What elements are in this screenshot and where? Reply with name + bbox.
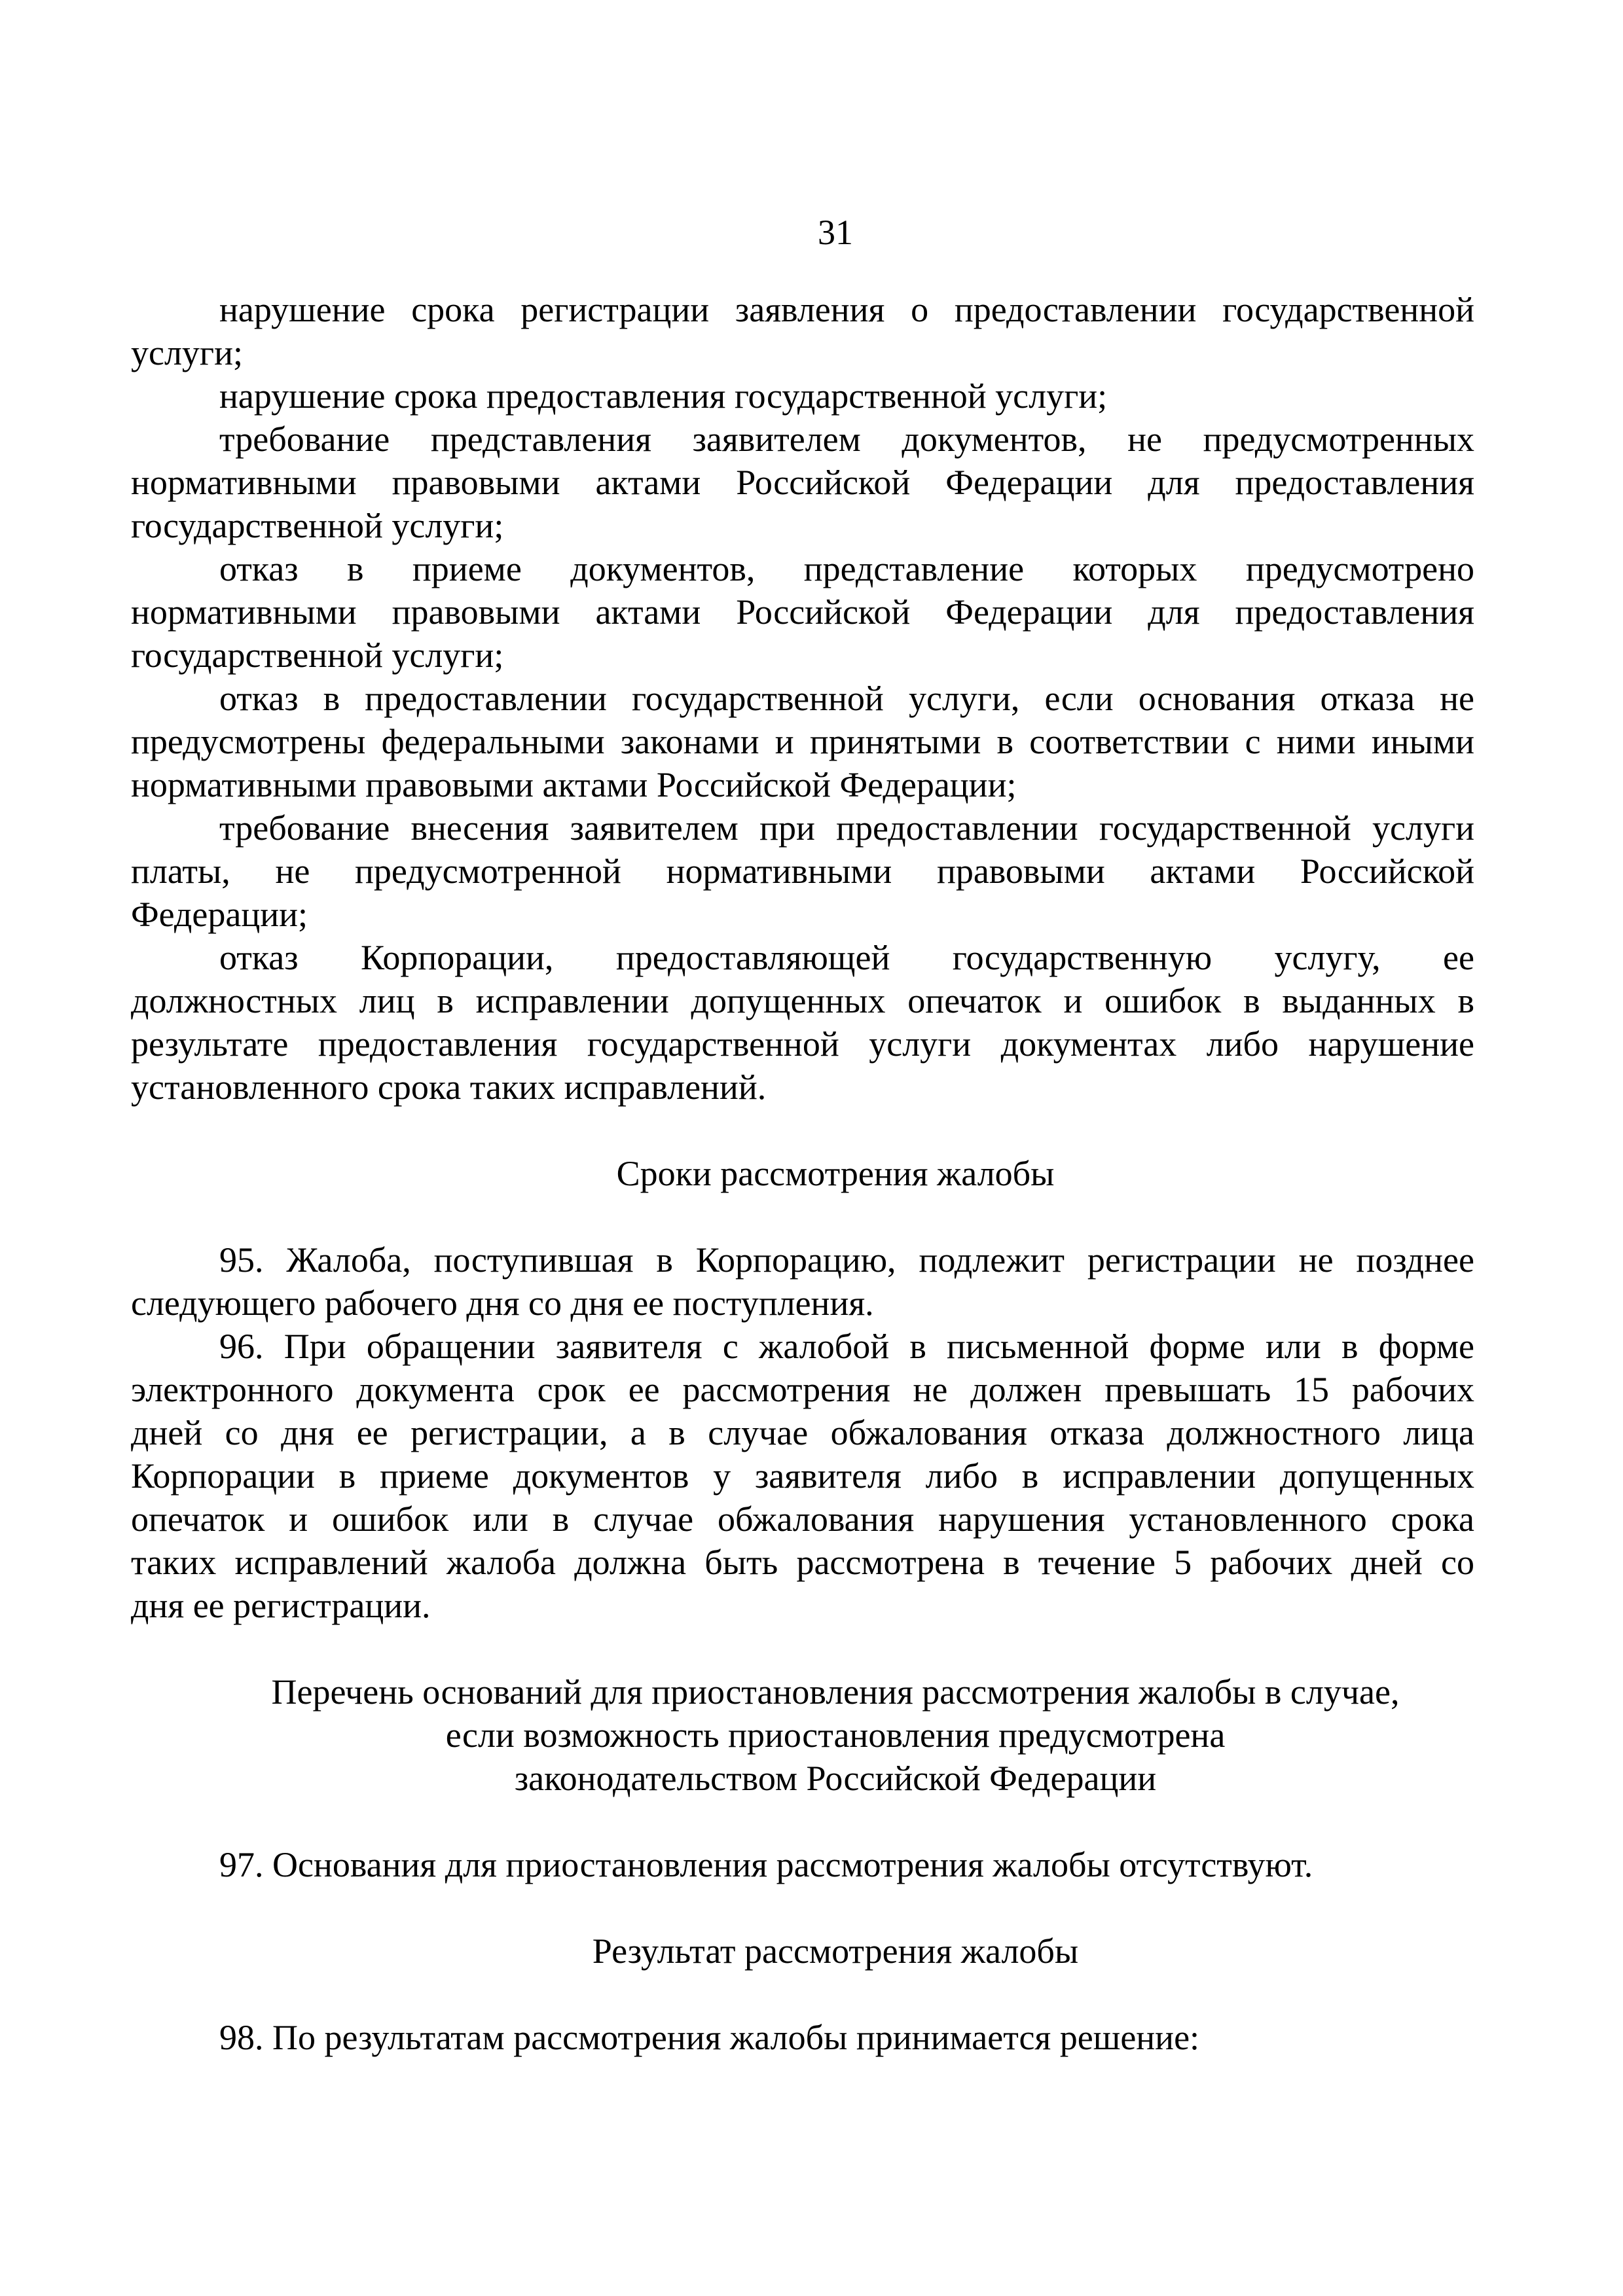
text-line: нормативными правовыми актами Российской… — [131, 590, 1474, 634]
text-line: требование представления заявителем доку… — [131, 418, 1474, 461]
text-line: электронного документа срок ее рассмотре… — [131, 1368, 1474, 1411]
page-number: 31 — [131, 211, 1474, 254]
text-line: услуги; — [131, 331, 1474, 374]
text-line: 96. При обращении заявителя с жалобой в … — [131, 1325, 1474, 1368]
document-page: 31 нарушение срока регистрации заявления… — [0, 0, 1623, 2296]
paragraph: нарушение срока предоставления государст… — [131, 374, 1474, 418]
text-line: результате предоставления государственно… — [131, 1022, 1474, 1066]
paragraph: отказ в предоставлении государственной у… — [131, 677, 1474, 806]
text-line: Корпорации в приеме документов у заявите… — [131, 1454, 1474, 1498]
text-line: дня ее регистрации. — [131, 1584, 1474, 1627]
paragraph: 98. По результатам рассмотрения жалобы п… — [131, 2016, 1474, 2059]
text-line: нарушение срока предоставления государст… — [131, 374, 1474, 418]
section-heading: Перечень оснований для приостановления р… — [131, 1670, 1474, 1800]
text-line: государственной услуги; — [131, 504, 1474, 547]
text-line: Федерации; — [131, 893, 1474, 936]
text-line: таких исправлений жалоба должна быть рас… — [131, 1541, 1474, 1584]
text-column: 31 нарушение срока регистрации заявления… — [131, 0, 1474, 2059]
section-heading-line: законодательством Российской Федерации — [196, 1757, 1474, 1800]
paragraph: 96. При обращении заявителя с жалобой в … — [131, 1325, 1474, 1627]
text-line: нарушение срока регистрации заявления о … — [131, 288, 1474, 331]
paragraph: требование представления заявителем доку… — [131, 418, 1474, 547]
text-line: отказ в предоставлении государственной у… — [131, 677, 1474, 720]
text-line: нормативными правовыми актами Российской… — [131, 461, 1474, 504]
section-heading-line: Перечень оснований для приостановления р… — [196, 1670, 1474, 1713]
paragraph: отказ в приеме документов, представление… — [131, 547, 1474, 677]
text-line: установленного срока таких исправлений. — [131, 1066, 1474, 1109]
document-body: нарушение срока регистрации заявления о … — [131, 288, 1474, 2059]
text-line: государственной услуги; — [131, 634, 1474, 677]
text-line: 98. По результатам рассмотрения жалобы п… — [131, 2016, 1474, 2059]
text-line: 95. Жалоба, поступившая в Корпорацию, по… — [131, 1238, 1474, 1282]
section-heading: Сроки рассмотрения жалобы — [131, 1152, 1474, 1195]
text-line: должностных лиц в исправлении допущенных… — [131, 979, 1474, 1022]
section-heading: Результат рассмотрения жалобы — [131, 1929, 1474, 1973]
section-heading-line: если возможность приостановления предусм… — [196, 1713, 1474, 1757]
text-line: следующего рабочего дня со дня ее поступ… — [131, 1282, 1474, 1325]
paragraph: требование внесения заявителем при предо… — [131, 806, 1474, 936]
text-line: требование внесения заявителем при предо… — [131, 806, 1474, 850]
text-line: нормативными правовыми актами Российской… — [131, 763, 1474, 806]
text-line: отказ в приеме документов, представление… — [131, 547, 1474, 590]
section-heading-line: Результат рассмотрения жалобы — [196, 1929, 1474, 1973]
text-line: предусмотрены федеральными законами и пр… — [131, 720, 1474, 763]
text-line: дней со дня ее регистрации, а в случае о… — [131, 1411, 1474, 1454]
paragraph: 95. Жалоба, поступившая в Корпорацию, по… — [131, 1238, 1474, 1325]
paragraph: нарушение срока регистрации заявления о … — [131, 288, 1474, 374]
text-line: отказ Корпорации, предоставляющей госуда… — [131, 936, 1474, 979]
paragraph: 97. Основания для приостановления рассмо… — [131, 1843, 1474, 1886]
paragraph: отказ Корпорации, предоставляющей госуда… — [131, 936, 1474, 1109]
text-line: опечаток и ошибок или в случае обжалован… — [131, 1498, 1474, 1541]
text-line: платы, не предусмотренной нормативными п… — [131, 850, 1474, 893]
section-heading-line: Сроки рассмотрения жалобы — [196, 1152, 1474, 1195]
text-line: 97. Основания для приостановления рассмо… — [131, 1843, 1474, 1886]
